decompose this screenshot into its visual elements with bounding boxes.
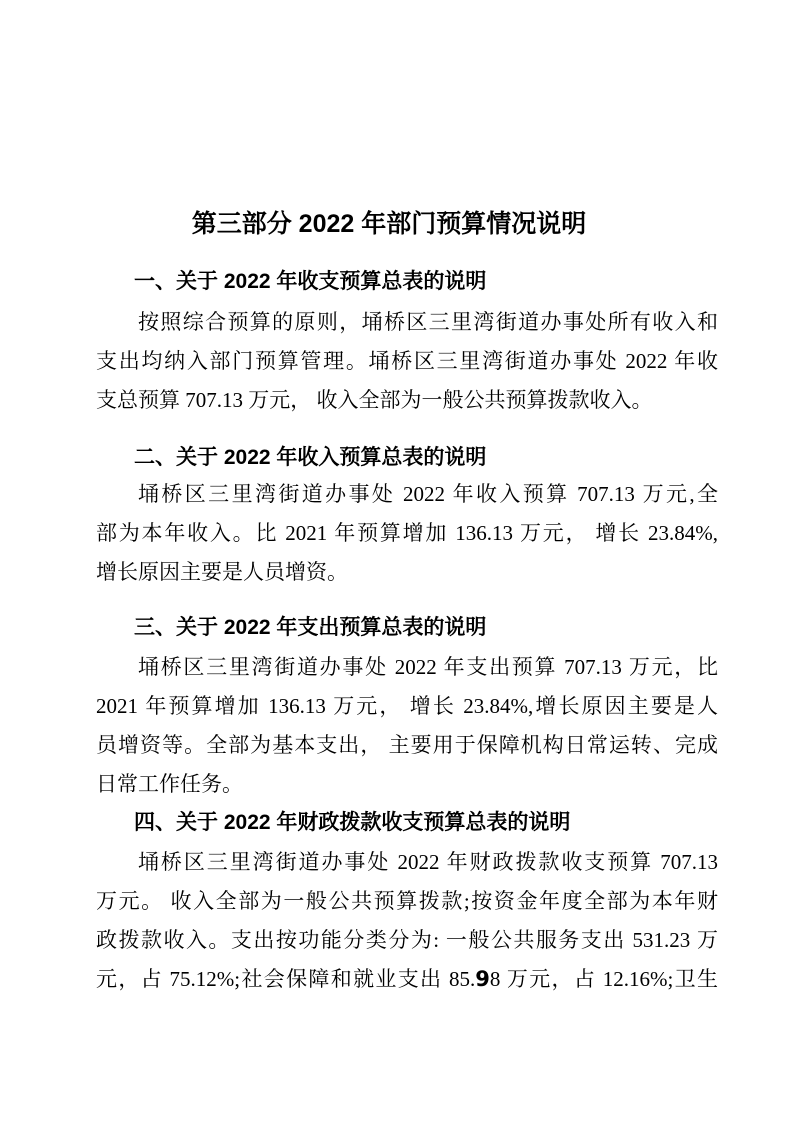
paragraph: 按照综合预算的原则，埇桥区三里湾街道办事处所有收入和支出均纳入部门预算管理。埇桥… bbox=[96, 303, 718, 420]
paragraph-line: 增长原因主要是人员增资。 bbox=[96, 553, 718, 592]
paragraph: 埇桥区三里湾街道办事处 2022 年财政拨款收支预算 707.13万元。 收入全… bbox=[96, 843, 718, 999]
paragraph-line: 日常工作任务。 bbox=[96, 765, 718, 804]
page-content: 第三部分 2022 年部门预算情况说明 一、关于 2022 年收支预算总表的说明… bbox=[96, 0, 718, 999]
bold-digit: 9 bbox=[475, 967, 490, 991]
section-heading: 四、关于 2022 年财政拨款收支预算总表的说明 bbox=[96, 808, 718, 838]
document-section: 二、关于 2022 年收入预算总表的说明埇桥区三里湾街道办事处 2022 年收入… bbox=[96, 443, 718, 592]
paragraph-line: 万元。 收入全部为一般公共预算拨款;按资金年度全部为本年财 bbox=[96, 882, 718, 921]
paragraph: 埇桥区三里湾街道办事处 2022 年支出预算 707.13 万元，比2021 年… bbox=[96, 648, 718, 804]
document-title: 第三部分 2022 年部门预算情况说明 bbox=[96, 208, 718, 240]
text-segment: 8 万元，占 12.16%;卫生 bbox=[490, 967, 718, 991]
paragraph-line: 部为本年收入。比 2021 年预算增加 136.13 万元， 增长 23.84%… bbox=[96, 514, 718, 553]
paragraph-line: 政拨款收入。支出按功能分类分为: 一般公共服务支出 531.23 万 bbox=[96, 921, 718, 960]
document-section: 一、关于 2022 年收支预算总表的说明按照综合预算的原则，埇桥区三里湾街道办事… bbox=[96, 267, 718, 420]
paragraph-line: 元，占 75.12%;社会保障和就业支出 85.98 万元，占 12.16%;卫… bbox=[96, 960, 718, 999]
paragraph-line: 支出均纳入部门预算管理。埇桥区三里湾街道办事处 2022 年收 bbox=[96, 342, 718, 381]
section-heading: 三、关于 2022 年支出预算总表的说明 bbox=[96, 613, 718, 643]
document-section: 三、关于 2022 年支出预算总表的说明埇桥区三里湾街道办事处 2022 年支出… bbox=[96, 613, 718, 804]
text-segment: 元，占 75.12%;社会保障和就业支出 85. bbox=[96, 967, 475, 991]
paragraph: 埇桥区三里湾街道办事处 2022 年收入预算 707.13 万元,全部为本年收入… bbox=[96, 475, 718, 592]
paragraph-line: 埇桥区三里湾街道办事处 2022 年财政拨款收支预算 707.13 bbox=[96, 843, 718, 882]
paragraph-line: 员增资等。全部为基本支出， 主要用于保障机构日常运转、完成 bbox=[96, 726, 718, 765]
document-page: 第三部分 2022 年部门预算情况说明 一、关于 2022 年收支预算总表的说明… bbox=[0, 0, 793, 1122]
paragraph-line: 埇桥区三里湾街道办事处 2022 年收入预算 707.13 万元,全 bbox=[96, 475, 718, 514]
paragraph-line: 按照综合预算的原则，埇桥区三里湾街道办事处所有收入和 bbox=[96, 303, 718, 342]
sections-container: 一、关于 2022 年收支预算总表的说明按照综合预算的原则，埇桥区三里湾街道办事… bbox=[96, 267, 718, 999]
paragraph-line: 支总预算 707.13 万元， 收入全部为一般公共预算拨款收入。 bbox=[96, 381, 718, 420]
section-heading: 二、关于 2022 年收入预算总表的说明 bbox=[96, 443, 718, 473]
paragraph-line: 埇桥区三里湾街道办事处 2022 年支出预算 707.13 万元，比 bbox=[96, 648, 718, 687]
paragraph-line: 2021 年预算增加 136.13 万元， 增长 23.84%,增长原因主要是人 bbox=[96, 687, 718, 726]
section-heading: 一、关于 2022 年收支预算总表的说明 bbox=[96, 267, 718, 297]
document-section: 四、关于 2022 年财政拨款收支预算总表的说明埇桥区三里湾街道办事处 2022… bbox=[96, 808, 718, 999]
